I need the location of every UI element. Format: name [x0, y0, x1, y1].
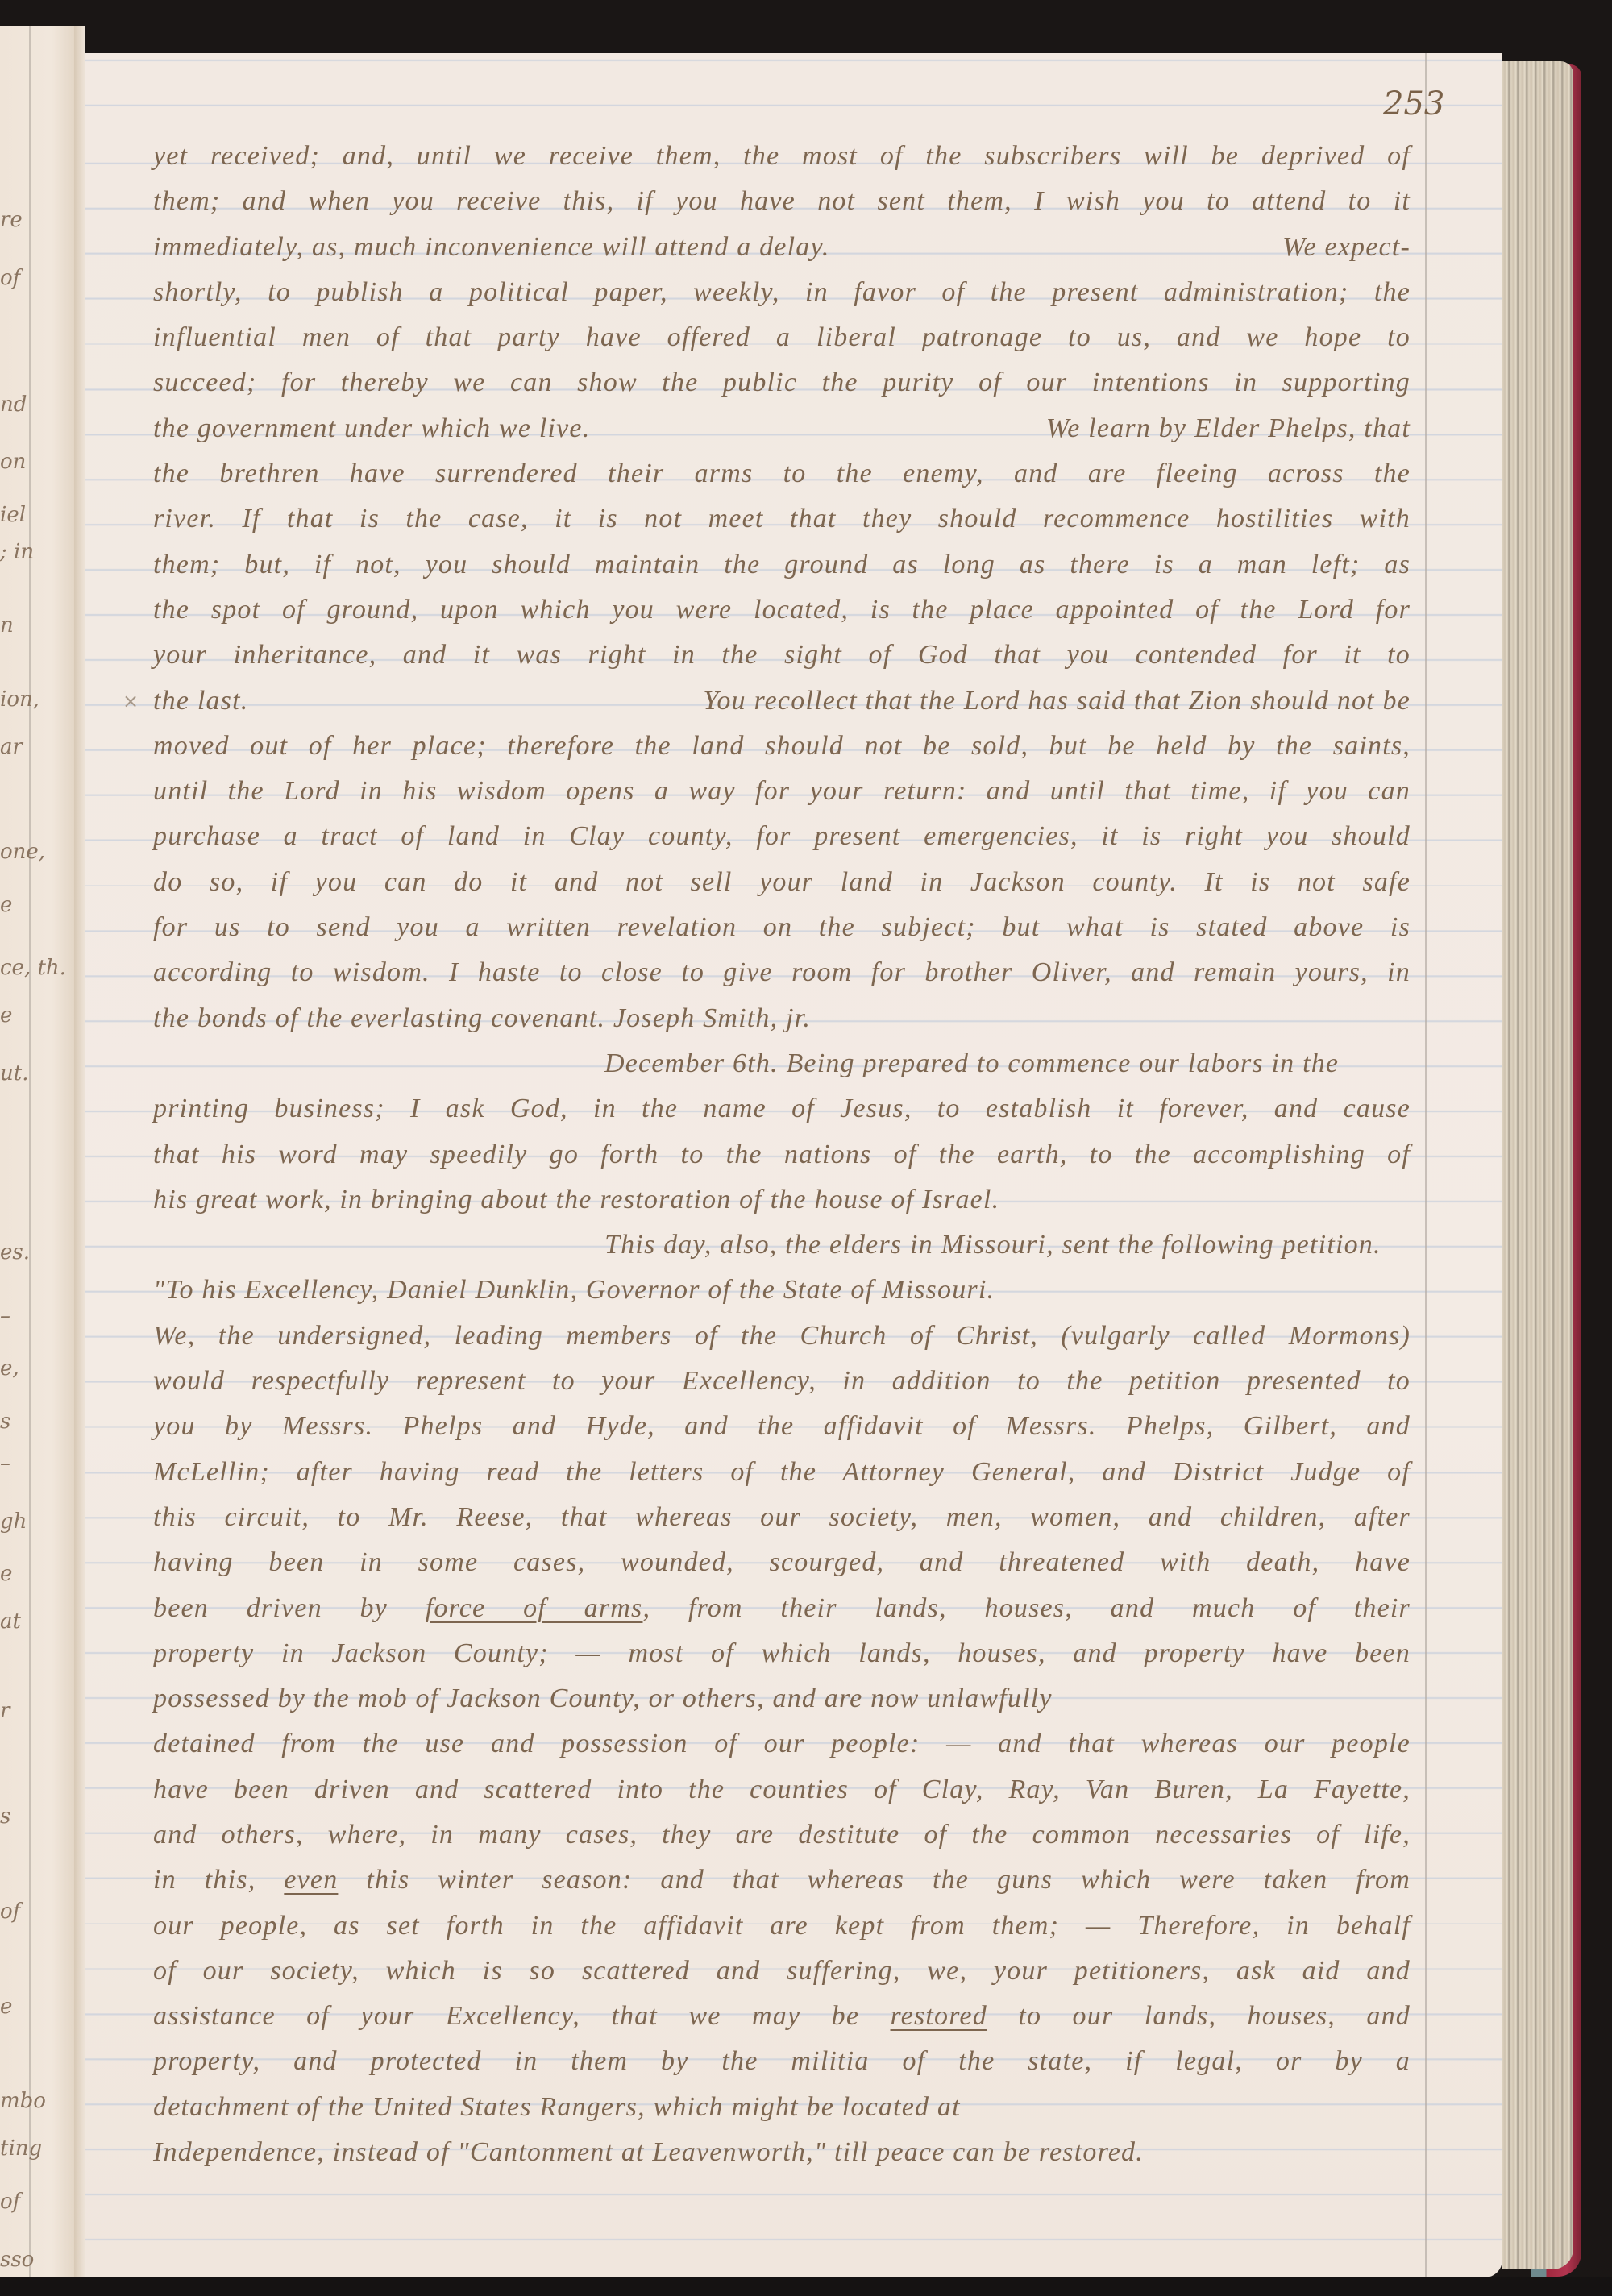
manuscript-line: yet received; and, until we receive them… [153, 134, 1410, 179]
manuscript-line: possessed by the mob of Jackson County, … [153, 1676, 1410, 1721]
manuscript-line: our people, as set forth in the affidavi… [153, 1904, 1410, 1949]
manuscript-line: detachment of the United States Rangers,… [153, 2085, 1410, 2130]
manuscript-line: them; and when you receive this, if you … [153, 179, 1410, 224]
manuscript-text: yet received; and, until we receive them… [153, 134, 1410, 2175]
underlined-text: even [284, 1865, 338, 1895]
manuscript-line: moved out of her place; therefore the la… [153, 724, 1410, 769]
left-page-fragment: r [0, 1699, 10, 1723]
left-page-fragment: s [0, 1804, 10, 1829]
manuscript-line: been driven by force of arms, from their… [153, 1586, 1410, 1631]
left-page-fragment: e [0, 1995, 12, 2019]
left-page-fragment: e [0, 1562, 12, 1586]
left-page-fragment: ; in [0, 540, 34, 564]
left-page-fragment: – [0, 1451, 10, 1476]
left-page-fragment: s [0, 1410, 10, 1434]
page-number: 253 [1383, 85, 1444, 122]
manuscript-line: have been driven and scattered into the … [153, 1767, 1410, 1812]
manuscript-line: this circuit, to Mr. Reese, that whereas… [153, 1495, 1410, 1540]
underlined-text: force of arms [426, 1593, 643, 1623]
left-page-fragment: of [0, 1899, 20, 1924]
manuscript-line: This day, also, the elders in Missouri, … [153, 1223, 1410, 1268]
manuscript-line: the government under which we live.We le… [153, 406, 1410, 451]
manuscript-line: that his word may speedily go forth to t… [153, 1132, 1410, 1177]
line-continuation: We expect- [1282, 225, 1410, 270]
line-text: the last. [153, 686, 248, 716]
left-page-fragment: ce, th. [0, 956, 66, 980]
left-margin-rule [29, 26, 31, 2290]
manuscript-line: detained from the use and possession of … [153, 1721, 1410, 1767]
left-page-fragment: re [0, 208, 23, 232]
line-continuation: You recollect that the Lord has said tha… [703, 679, 1410, 724]
manuscript-line: of our society, which is so scattered an… [153, 1949, 1410, 1994]
left-page-fragment: on [0, 450, 26, 474]
manuscript-line: until the Lord in his wisdom opens a way… [153, 769, 1410, 814]
manuscript-line: river. If that is the case, it is not me… [153, 496, 1410, 542]
left-page-fragment: e [0, 893, 12, 917]
left-page-fragment: of [0, 266, 20, 290]
manuscript-line: in this, even this winter season: and th… [153, 1858, 1410, 1903]
left-page-fragment: of [0, 2190, 20, 2214]
background-bottom [0, 2277, 1612, 2296]
manuscript-page: 253 × yet received; and, until we receiv… [85, 53, 1502, 2277]
manuscript-line: shortly, to publish a political paper, w… [153, 270, 1410, 315]
left-page-fragment: mbo [0, 2089, 46, 2113]
manuscript-line: assistance of your Excellency, that we m… [153, 1994, 1410, 2039]
margin-mark: × [123, 690, 139, 712]
right-margin-rule [1425, 53, 1427, 2277]
left-page-fragment: at [0, 1609, 21, 1634]
manuscript-line: December 6th. Being prepared to commence… [153, 1041, 1410, 1086]
manuscript-line: for us to send you a written revelation … [153, 905, 1410, 950]
left-page-fragment: ting [0, 2136, 42, 2161]
left-page-fragment: n [0, 613, 14, 637]
manuscript-line: immediately, as, much inconvenience will… [153, 225, 1410, 270]
left-page-fragment: one, [0, 840, 45, 864]
line-continuation: We learn by Elder Phelps, that [1046, 406, 1410, 451]
manuscript-line: them; but, if not, you should maintain t… [153, 542, 1410, 587]
line-continuation: December 6th. Being prepared to commence… [604, 1048, 1339, 1078]
left-page-fragment: nd [0, 392, 27, 417]
manuscript-line: and others, where, in many cases, they a… [153, 1812, 1410, 1858]
left-page-fragment: – [0, 1304, 10, 1328]
manuscript-line: according to wisdom. I haste to close to… [153, 950, 1410, 995]
line-continuation: This day, also, the elders in Missouri, … [604, 1230, 1381, 1260]
manuscript-line: your inheritance, and it was right in th… [153, 633, 1410, 678]
left-page-fragment: e [0, 1003, 12, 1028]
left-page-fragment: iel [0, 503, 26, 527]
left-page-fragment: sso [0, 2248, 34, 2272]
manuscript-line: the spot of ground, upon which you were … [153, 587, 1410, 633]
left-page-edge: reofndoniel; innion,arone,ece, th.eut.es… [0, 26, 76, 2290]
manuscript-line: property in Jackson County; — most of wh… [153, 1631, 1410, 1676]
manuscript-line: "To his Excellency, Daniel Dunklin, Gove… [153, 1268, 1410, 1313]
manuscript-line: having been in some cases, wounded, scou… [153, 1540, 1410, 1585]
manuscript-line: the last.You recollect that the Lord has… [153, 679, 1410, 724]
left-page-fragment: gh [0, 1509, 27, 1534]
manuscript-line: influential men of that party have offer… [153, 315, 1410, 360]
left-page-fragment: e, [0, 1356, 19, 1381]
manuscript-line: the bonds of the everlasting covenant. J… [153, 996, 1410, 1041]
manuscript-line: We, the undersigned, leading members of … [153, 1314, 1410, 1359]
manuscript-line: the brethren have surrendered their arms… [153, 451, 1410, 496]
manuscript-line: printing business; I ask God, in the nam… [153, 1086, 1410, 1131]
manuscript-line: his great work, in bringing about the re… [153, 1177, 1410, 1223]
manuscript-line: purchase a tract of land in Clay county,… [153, 814, 1410, 859]
book-gutter [74, 26, 85, 2290]
left-page-fragment: ut. [0, 1061, 28, 1086]
manuscript-line: would respectfully represent to your Exc… [153, 1359, 1410, 1404]
manuscript-line: McLellin; after having read the letters … [153, 1450, 1410, 1495]
line-text: the government under which we live. [153, 413, 590, 443]
manuscript-line: you by Messrs. Phelps and Hyde, and the … [153, 1404, 1410, 1449]
underlined-text: restored [891, 2001, 987, 2031]
manuscript-line: property, and protected in them by the m… [153, 2039, 1410, 2084]
left-page-fragment: es. [0, 1240, 30, 1264]
manuscript-line: Independence, instead of "Cantonment at … [153, 2130, 1410, 2175]
left-page-fragment: ar [0, 735, 23, 759]
line-text: immediately, as, much inconvenience will… [153, 232, 830, 262]
manuscript-line: do so, if you can do it and not sell you… [153, 860, 1410, 905]
manuscript-line: succeed; for thereby we can show the pub… [153, 360, 1410, 405]
left-page-fragment: ion, [0, 687, 39, 712]
page-stack [1502, 61, 1573, 2269]
